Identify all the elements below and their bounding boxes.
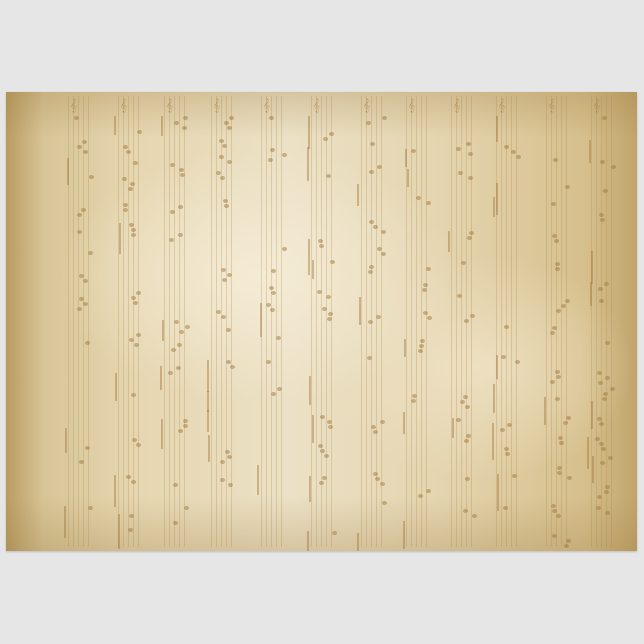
- note-head: [375, 477, 380, 481]
- note-head: [598, 287, 603, 291]
- note-head: [466, 434, 471, 438]
- note-head: [559, 441, 564, 445]
- note-head: [504, 447, 509, 451]
- staff-line: [164, 96, 165, 547]
- note-head: [224, 204, 229, 208]
- note-head: [219, 139, 224, 143]
- note-head: [551, 202, 556, 206]
- note-head: [595, 437, 600, 441]
- note-head: [268, 158, 273, 162]
- note-stem: [208, 435, 210, 462]
- note-stem: [207, 410, 209, 432]
- note-head: [177, 343, 182, 347]
- note-stem: [492, 423, 494, 460]
- note-stem: [403, 412, 405, 434]
- staff-line: [118, 96, 119, 547]
- note-head: [128, 187, 133, 191]
- note-head: [603, 392, 608, 396]
- note-head: [183, 419, 188, 423]
- staff-line: [451, 96, 452, 547]
- note-head: [550, 380, 555, 384]
- staff-line: [266, 96, 267, 547]
- note-head: [463, 395, 468, 399]
- note-head: [318, 239, 323, 243]
- note-head: [368, 270, 373, 274]
- note-head: [369, 220, 374, 224]
- note-stem: [496, 183, 498, 215]
- note-stem: [407, 169, 409, 187]
- note-head: [79, 460, 84, 464]
- note-head: [219, 155, 224, 159]
- note-head: [131, 393, 136, 397]
- note-stem: [307, 147, 309, 181]
- staff-line: [184, 96, 185, 547]
- note-head: [182, 126, 187, 130]
- note-head: [600, 461, 605, 465]
- note-head: [180, 173, 185, 177]
- note-stem: [257, 465, 259, 495]
- note-head: [222, 144, 227, 148]
- note-head: [464, 439, 469, 443]
- note-head: [552, 326, 557, 330]
- note-head: [422, 288, 427, 292]
- note-head: [371, 425, 376, 429]
- note-head: [220, 176, 225, 180]
- note-head: [411, 399, 416, 403]
- note-stem: [591, 401, 593, 429]
- note-head: [563, 421, 568, 425]
- note-head: [469, 231, 474, 235]
- note-head: [418, 349, 423, 353]
- note-head: [599, 422, 604, 426]
- note-head: [126, 150, 131, 154]
- note-head: [322, 476, 327, 480]
- staff-line: [461, 96, 462, 547]
- staff-line: [561, 96, 562, 547]
- note-head: [604, 282, 609, 286]
- note-stem: [497, 474, 499, 511]
- note-head: [226, 360, 231, 364]
- note-head: [74, 116, 79, 120]
- clef-icon: 𝄞: [408, 98, 415, 113]
- note-head: [604, 490, 609, 494]
- clef-icon: 𝄞: [593, 98, 600, 113]
- note-stem: [119, 223, 121, 254]
- note-head: [131, 233, 136, 237]
- sheet-music-paper: 𝄞𝄞𝄞𝄞𝄞𝄞𝄞𝄞𝄞𝄞𝄞𝄞: [6, 92, 637, 551]
- note-head: [552, 534, 557, 538]
- staff-line: [506, 96, 507, 547]
- note-head: [466, 142, 471, 146]
- note-head: [228, 483, 233, 487]
- note-head: [601, 447, 606, 451]
- note-head: [511, 150, 516, 154]
- clef-icon: 𝄞: [166, 98, 173, 113]
- note-head: [465, 405, 470, 409]
- note-stem: [260, 303, 262, 337]
- staff-line: [83, 96, 84, 547]
- note-head: [373, 225, 378, 229]
- note-head: [123, 203, 128, 207]
- note-head: [512, 474, 517, 478]
- staff-line: [211, 96, 212, 547]
- note-head: [566, 416, 571, 420]
- note-head: [461, 261, 466, 265]
- note-head: [368, 320, 373, 324]
- note-head: [82, 140, 87, 144]
- note-head: [85, 341, 90, 345]
- note-head: [173, 483, 178, 487]
- staff-line: [88, 96, 89, 547]
- note-head: [136, 443, 141, 447]
- staff-line: [231, 96, 232, 547]
- note-head: [326, 174, 331, 178]
- note-head: [328, 425, 333, 429]
- clef-icon: 𝄞: [453, 98, 460, 113]
- note-head: [129, 514, 134, 518]
- staff-line: [366, 96, 367, 547]
- note-head: [174, 320, 179, 324]
- note-head: [226, 328, 231, 332]
- note-head: [555, 370, 560, 374]
- note-head: [329, 132, 334, 136]
- note-head: [77, 307, 82, 311]
- staff-line: [316, 96, 317, 547]
- note-head: [558, 436, 563, 440]
- note-head: [221, 268, 226, 272]
- staff-line: [381, 96, 382, 547]
- note-head: [220, 460, 225, 464]
- note-head: [597, 417, 602, 421]
- note-head: [426, 489, 431, 493]
- note-head: [270, 148, 275, 152]
- note-head: [227, 126, 232, 130]
- staff-line: [411, 96, 412, 547]
- note-head: [122, 177, 127, 181]
- note-head: [458, 171, 463, 175]
- note-head: [123, 145, 128, 149]
- note-head: [376, 315, 381, 319]
- note-head: [88, 251, 93, 255]
- note-head: [326, 295, 331, 299]
- clef-icon: 𝄞: [120, 98, 127, 113]
- note-head: [373, 472, 378, 476]
- note-head: [460, 400, 465, 404]
- note-head: [131, 228, 136, 232]
- note-head: [216, 171, 221, 175]
- note-head: [222, 278, 227, 282]
- note-head: [427, 316, 432, 320]
- note-head: [324, 454, 329, 458]
- note-head: [503, 506, 508, 510]
- note-head: [319, 481, 324, 485]
- note-head: [133, 161, 138, 165]
- clef-icon: 𝄞: [313, 98, 320, 113]
- clef-icon: 𝄞: [263, 98, 270, 113]
- note-head: [557, 466, 562, 470]
- note-head: [599, 299, 604, 303]
- note-head: [411, 149, 416, 153]
- note-head: [600, 218, 605, 222]
- note-head: [330, 260, 335, 264]
- note-head: [132, 438, 137, 442]
- note-head: [223, 199, 228, 203]
- note-head: [467, 236, 472, 240]
- note-head: [276, 336, 281, 340]
- note-stem: [405, 149, 407, 167]
- staff-line: [226, 96, 227, 547]
- note-head: [229, 116, 234, 120]
- note-stem: [161, 116, 163, 136]
- staff-line: [281, 96, 282, 547]
- staff-line: [361, 96, 362, 547]
- staff-line: [546, 96, 547, 547]
- music-staff-column: 𝄞: [305, 96, 361, 547]
- clef-icon: 𝄞: [548, 98, 555, 113]
- staff-line: [471, 96, 472, 547]
- note-stem: [115, 373, 117, 401]
- note-head: [225, 450, 230, 454]
- note-head: [224, 121, 229, 125]
- staff-line: [331, 96, 332, 547]
- note-head: [179, 168, 184, 172]
- note-head: [130, 182, 135, 186]
- staff-line: [611, 96, 612, 547]
- note-head: [367, 356, 372, 360]
- note-stem: [359, 297, 361, 325]
- note-head: [178, 429, 183, 433]
- note-head: [317, 290, 322, 294]
- note-stem: [493, 384, 495, 413]
- note-head: [516, 155, 521, 159]
- note-head: [382, 501, 387, 505]
- note-head: [456, 147, 461, 151]
- note-head: [178, 233, 183, 237]
- note-stem: [496, 116, 498, 142]
- note-head: [328, 312, 333, 316]
- note-head: [605, 376, 610, 380]
- note-head: [271, 291, 276, 295]
- staff-line: [421, 96, 422, 547]
- note-head: [266, 360, 271, 364]
- music-staff-column: 𝄞: [255, 96, 311, 547]
- note-head: [420, 339, 425, 343]
- note-head: [129, 223, 134, 227]
- staff-line: [596, 96, 597, 547]
- note-head: [596, 506, 601, 510]
- note-head: [472, 514, 477, 518]
- note-stem: [67, 158, 69, 185]
- note-head: [600, 160, 605, 164]
- note-head: [555, 267, 560, 271]
- note-head: [178, 205, 183, 209]
- note-head: [565, 299, 570, 303]
- staff-line: [501, 96, 502, 547]
- note-head: [319, 244, 324, 248]
- note-head: [611, 165, 616, 169]
- note-stem: [161, 419, 163, 449]
- note-head: [418, 494, 423, 498]
- note-stem: [592, 456, 594, 483]
- note-head: [556, 309, 561, 313]
- note-head: [220, 478, 225, 482]
- note-head: [184, 506, 189, 510]
- note-head: [380, 420, 385, 424]
- note-head: [426, 267, 431, 271]
- staff-line: [216, 96, 217, 547]
- note-stem: [587, 437, 589, 469]
- note-head: [380, 482, 385, 486]
- staff-line: [416, 96, 417, 547]
- note-head: [174, 121, 179, 125]
- note-head: [123, 208, 128, 212]
- note-head: [170, 210, 175, 214]
- note-head: [598, 381, 603, 385]
- note-head: [597, 495, 602, 499]
- staff-line: [73, 96, 74, 547]
- note-head: [136, 291, 141, 295]
- note-head: [131, 480, 136, 484]
- note-stem: [308, 239, 310, 275]
- note-head: [185, 325, 190, 329]
- note-head: [183, 116, 188, 120]
- note-head: [552, 234, 557, 238]
- note-head: [423, 311, 428, 315]
- note-stem: [114, 116, 116, 135]
- note-head: [77, 145, 82, 149]
- note-head: [500, 428, 505, 432]
- note-head: [464, 319, 469, 323]
- note-head: [505, 452, 510, 456]
- note-head: [605, 485, 610, 489]
- note-stem: [591, 251, 593, 284]
- note-head: [382, 116, 387, 120]
- clef-icon: 𝄞: [498, 98, 505, 113]
- note-head: [282, 153, 287, 157]
- note-stem: [65, 428, 67, 453]
- staff-line: [511, 96, 512, 547]
- note-head: [320, 415, 325, 419]
- note-stem: [544, 397, 546, 425]
- note-stem: [312, 415, 314, 443]
- staff-line: [556, 96, 557, 547]
- note-head: [465, 477, 470, 481]
- note-head: [470, 314, 475, 318]
- note-head: [88, 506, 93, 510]
- note-stem: [118, 514, 120, 549]
- note-head: [128, 528, 133, 532]
- note-head: [170, 163, 175, 167]
- note-head: [277, 387, 282, 391]
- note-head: [327, 420, 332, 424]
- note-head: [370, 142, 375, 146]
- note-head: [173, 521, 178, 525]
- note-head: [551, 504, 556, 508]
- note-head: [133, 301, 138, 305]
- note-stem: [452, 418, 454, 438]
- note-head: [318, 444, 323, 448]
- note-head: [603, 189, 608, 193]
- note-stem: [309, 476, 311, 502]
- note-head: [555, 397, 560, 401]
- note-stem: [590, 282, 592, 306]
- note-head: [381, 230, 386, 234]
- note-head: [423, 283, 428, 287]
- note-head: [269, 286, 274, 290]
- staff-line: [276, 96, 277, 547]
- note-stem: [589, 140, 591, 163]
- note-head: [426, 201, 431, 205]
- note-head: [463, 509, 468, 513]
- note-head: [266, 303, 271, 307]
- note-stem: [114, 475, 116, 507]
- note-head: [507, 423, 512, 427]
- note-stem: [307, 531, 309, 551]
- note-stem: [309, 376, 311, 405]
- note-head: [605, 341, 610, 345]
- note-head: [183, 424, 188, 428]
- note-head: [557, 471, 562, 475]
- note-head: [327, 317, 332, 321]
- music-staff-column: 𝄞: [585, 96, 637, 547]
- note-head: [131, 296, 136, 300]
- note-stem: [312, 260, 314, 279]
- music-staff-column: 𝄞: [62, 96, 118, 547]
- staff-line: [128, 96, 129, 547]
- note-head: [89, 175, 94, 179]
- note-head: [457, 294, 462, 298]
- note-head: [269, 116, 274, 120]
- note-head: [554, 239, 559, 243]
- note-head: [322, 307, 327, 311]
- note-stem: [403, 521, 405, 549]
- staff-line: [311, 96, 312, 547]
- note-head: [85, 446, 90, 450]
- note-stem: [448, 231, 450, 252]
- note-stem: [357, 533, 359, 551]
- note-head: [602, 116, 607, 120]
- note-head: [83, 279, 88, 283]
- staff-line: [516, 96, 517, 547]
- note-head: [550, 331, 555, 335]
- note-head: [416, 196, 421, 200]
- note-head: [79, 297, 84, 301]
- note-head: [599, 442, 604, 446]
- note-head: [566, 539, 571, 543]
- note-head: [419, 344, 424, 348]
- staff-line: [78, 96, 79, 547]
- note-head: [564, 544, 569, 548]
- note-head: [134, 343, 139, 347]
- note-head: [373, 430, 378, 434]
- note-head: [77, 213, 82, 217]
- note-head: [369, 170, 374, 174]
- note-head: [377, 247, 382, 251]
- note-head: [605, 511, 610, 515]
- note-head: [610, 387, 615, 391]
- note-head: [381, 252, 386, 256]
- note-head: [332, 531, 337, 535]
- note-head: [555, 262, 560, 266]
- note-head: [126, 475, 131, 479]
- note-head: [81, 208, 86, 212]
- staff-line: [179, 96, 180, 547]
- note-stem: [160, 366, 162, 390]
- note-head: [282, 247, 287, 251]
- staff-line: [123, 96, 124, 547]
- note-head: [597, 371, 602, 375]
- note-head: [227, 160, 232, 164]
